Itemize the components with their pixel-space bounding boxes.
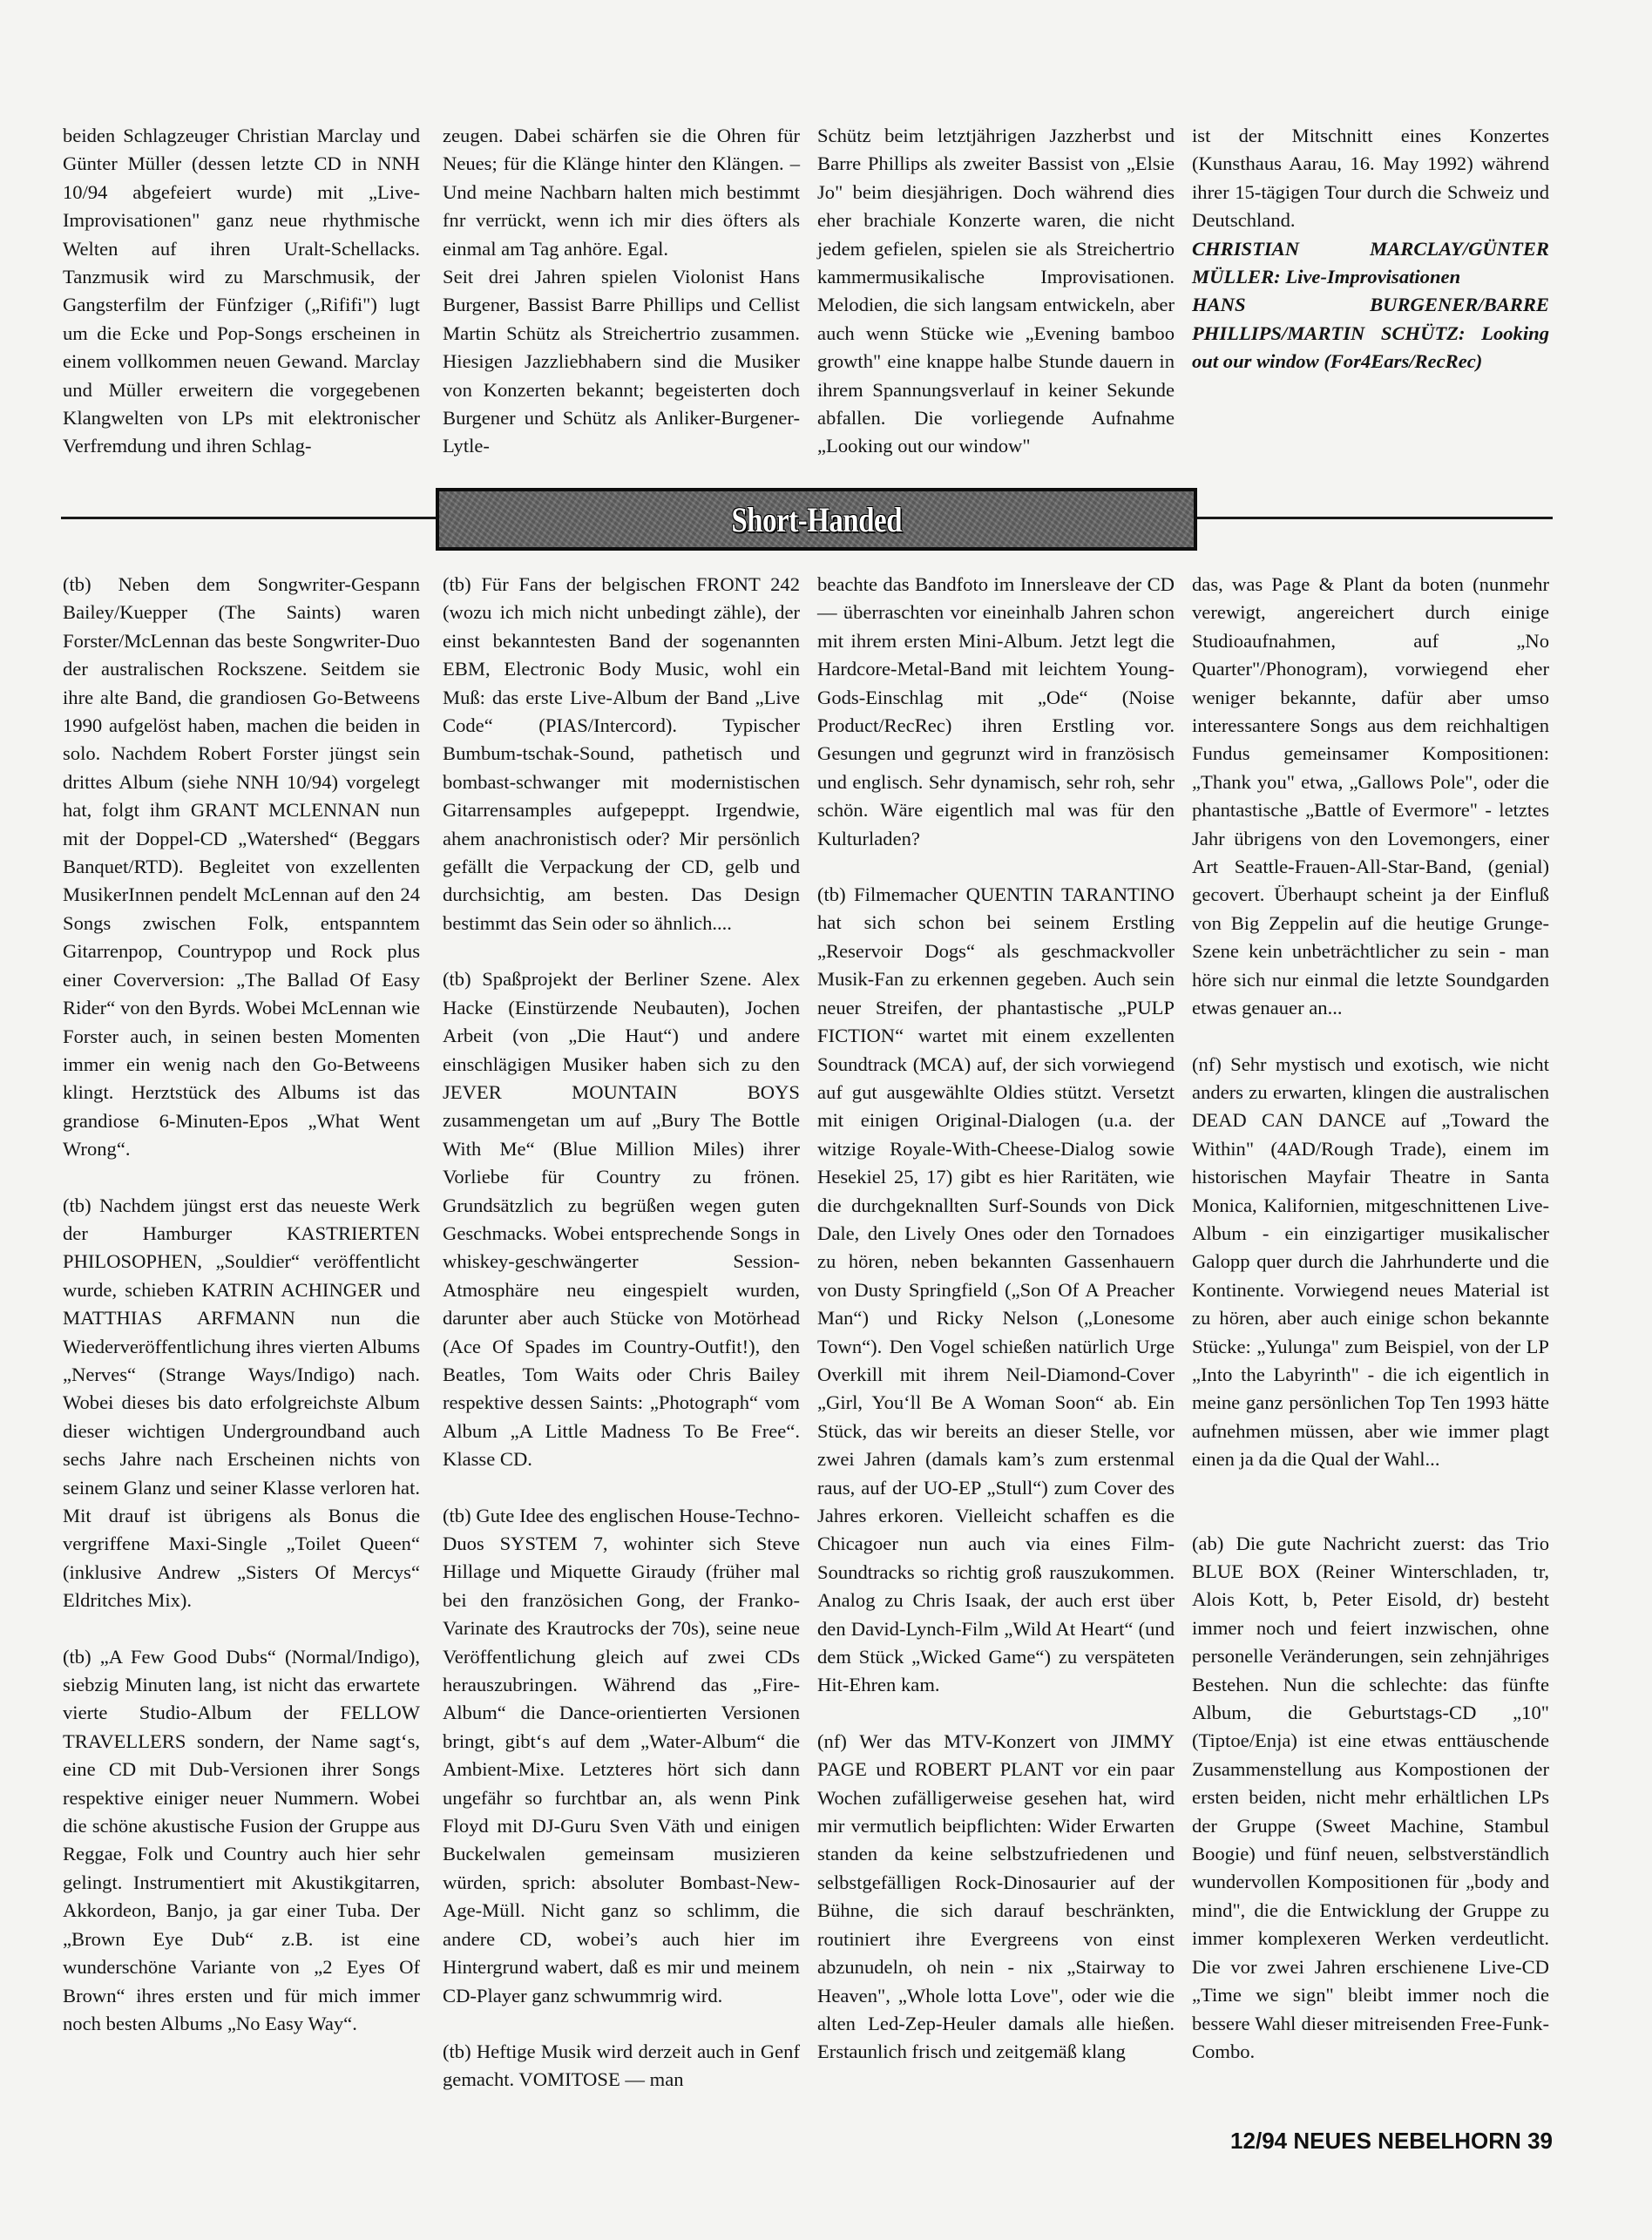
- review-paragraph: (tb) Heftige Musik wird derzeit auch in …: [443, 2038, 800, 2095]
- review-paragraph: (tb) Filmemacher QUENTIN TARANTINO hat s…: [817, 881, 1175, 1700]
- divider-rule-right: [1195, 517, 1553, 519]
- issue-number: 12/94: [1230, 2128, 1287, 2154]
- album-credit: CHRISTIAN MARCLAY/GÜNTER MÜLLER: Live-Im…: [1192, 235, 1549, 292]
- page-number: 39: [1527, 2128, 1553, 2154]
- review-paragraph: (tb) Neben dem Songwriter-Gespann Bailey…: [63, 571, 420, 1164]
- paragraph: ist der Mitschnitt eines Konzertes (Kuns…: [1192, 122, 1549, 235]
- review-paragraph: (ab) Die gute Nachricht zuerst: das Trio…: [1192, 1530, 1549, 2067]
- review-paragraph: beachte das Bandfoto im Innersleave der …: [817, 571, 1175, 853]
- paragraph: zeugen. Dabei schärfen sie die Ohren für…: [443, 122, 800, 263]
- paragraph: Seit drei Jahren spielen Violonist Hans …: [443, 263, 800, 461]
- page-footer: 12/94 NEUES NEBELHORN 39: [1220, 2128, 1553, 2155]
- publication-name: NEUES NEBELHORN: [1293, 2128, 1520, 2154]
- short-handed-column-2: (tb) Für Fans der belgischen FRONT 242 (…: [443, 571, 800, 2095]
- review-paragraph: (tb) Nachdem jüngst erst das neueste Wer…: [63, 1192, 420, 1615]
- top-column-3: Schütz beim letztjährigen Jazzherbst und…: [817, 122, 1175, 461]
- review-paragraph: (tb) Spaßprojekt der Berliner Szene. Ale…: [443, 965, 800, 1473]
- paragraph: Schütz beim letztjährigen Jazzherbst und…: [817, 122, 1175, 461]
- short-handed-column-1: (tb) Neben dem Songwriter-Gespann Bailey…: [63, 571, 420, 2038]
- paragraph: beiden Schlagzeuger Christian Marclay un…: [63, 122, 420, 461]
- review-paragraph: (tb) „A Few Good Dubs“ (Normal/Indigo), …: [63, 1643, 420, 2039]
- review-paragraph: (nf) Sehr mystisch und exotisch, wie nic…: [1192, 1051, 1549, 1474]
- review-paragraph: (tb) Gute Idee des englischen House-Tech…: [443, 1502, 800, 2010]
- review-paragraph: das, was Page & Plant da boten (nunmehr …: [1192, 571, 1549, 1023]
- album-credit: HANS BURGENER/BARRE PHILLIPS/MARTIN SCHÜ…: [1192, 291, 1549, 376]
- top-column-2: zeugen. Dabei schärfen sie die Ohren für…: [443, 122, 800, 461]
- top-column-1: beiden Schlagzeuger Christian Marclay un…: [63, 122, 420, 461]
- divider-rule-left: [61, 517, 437, 519]
- top-column-4: ist der Mitschnitt eines Konzertes (Kuns…: [1192, 122, 1549, 376]
- review-paragraph: (nf) Wer das MTV-Konzert von JIMMY PAGE …: [817, 1728, 1175, 2067]
- section-banner: Short-Handed: [436, 488, 1197, 551]
- short-handed-column-4: das, was Page & Plant da boten (nunmehr …: [1192, 571, 1549, 2066]
- review-paragraph: (tb) Für Fans der belgischen FRONT 242 (…: [443, 571, 800, 937]
- short-handed-column-3: beachte das Bandfoto im Innersleave der …: [817, 571, 1175, 2067]
- section-title: Short-Handed: [731, 499, 902, 540]
